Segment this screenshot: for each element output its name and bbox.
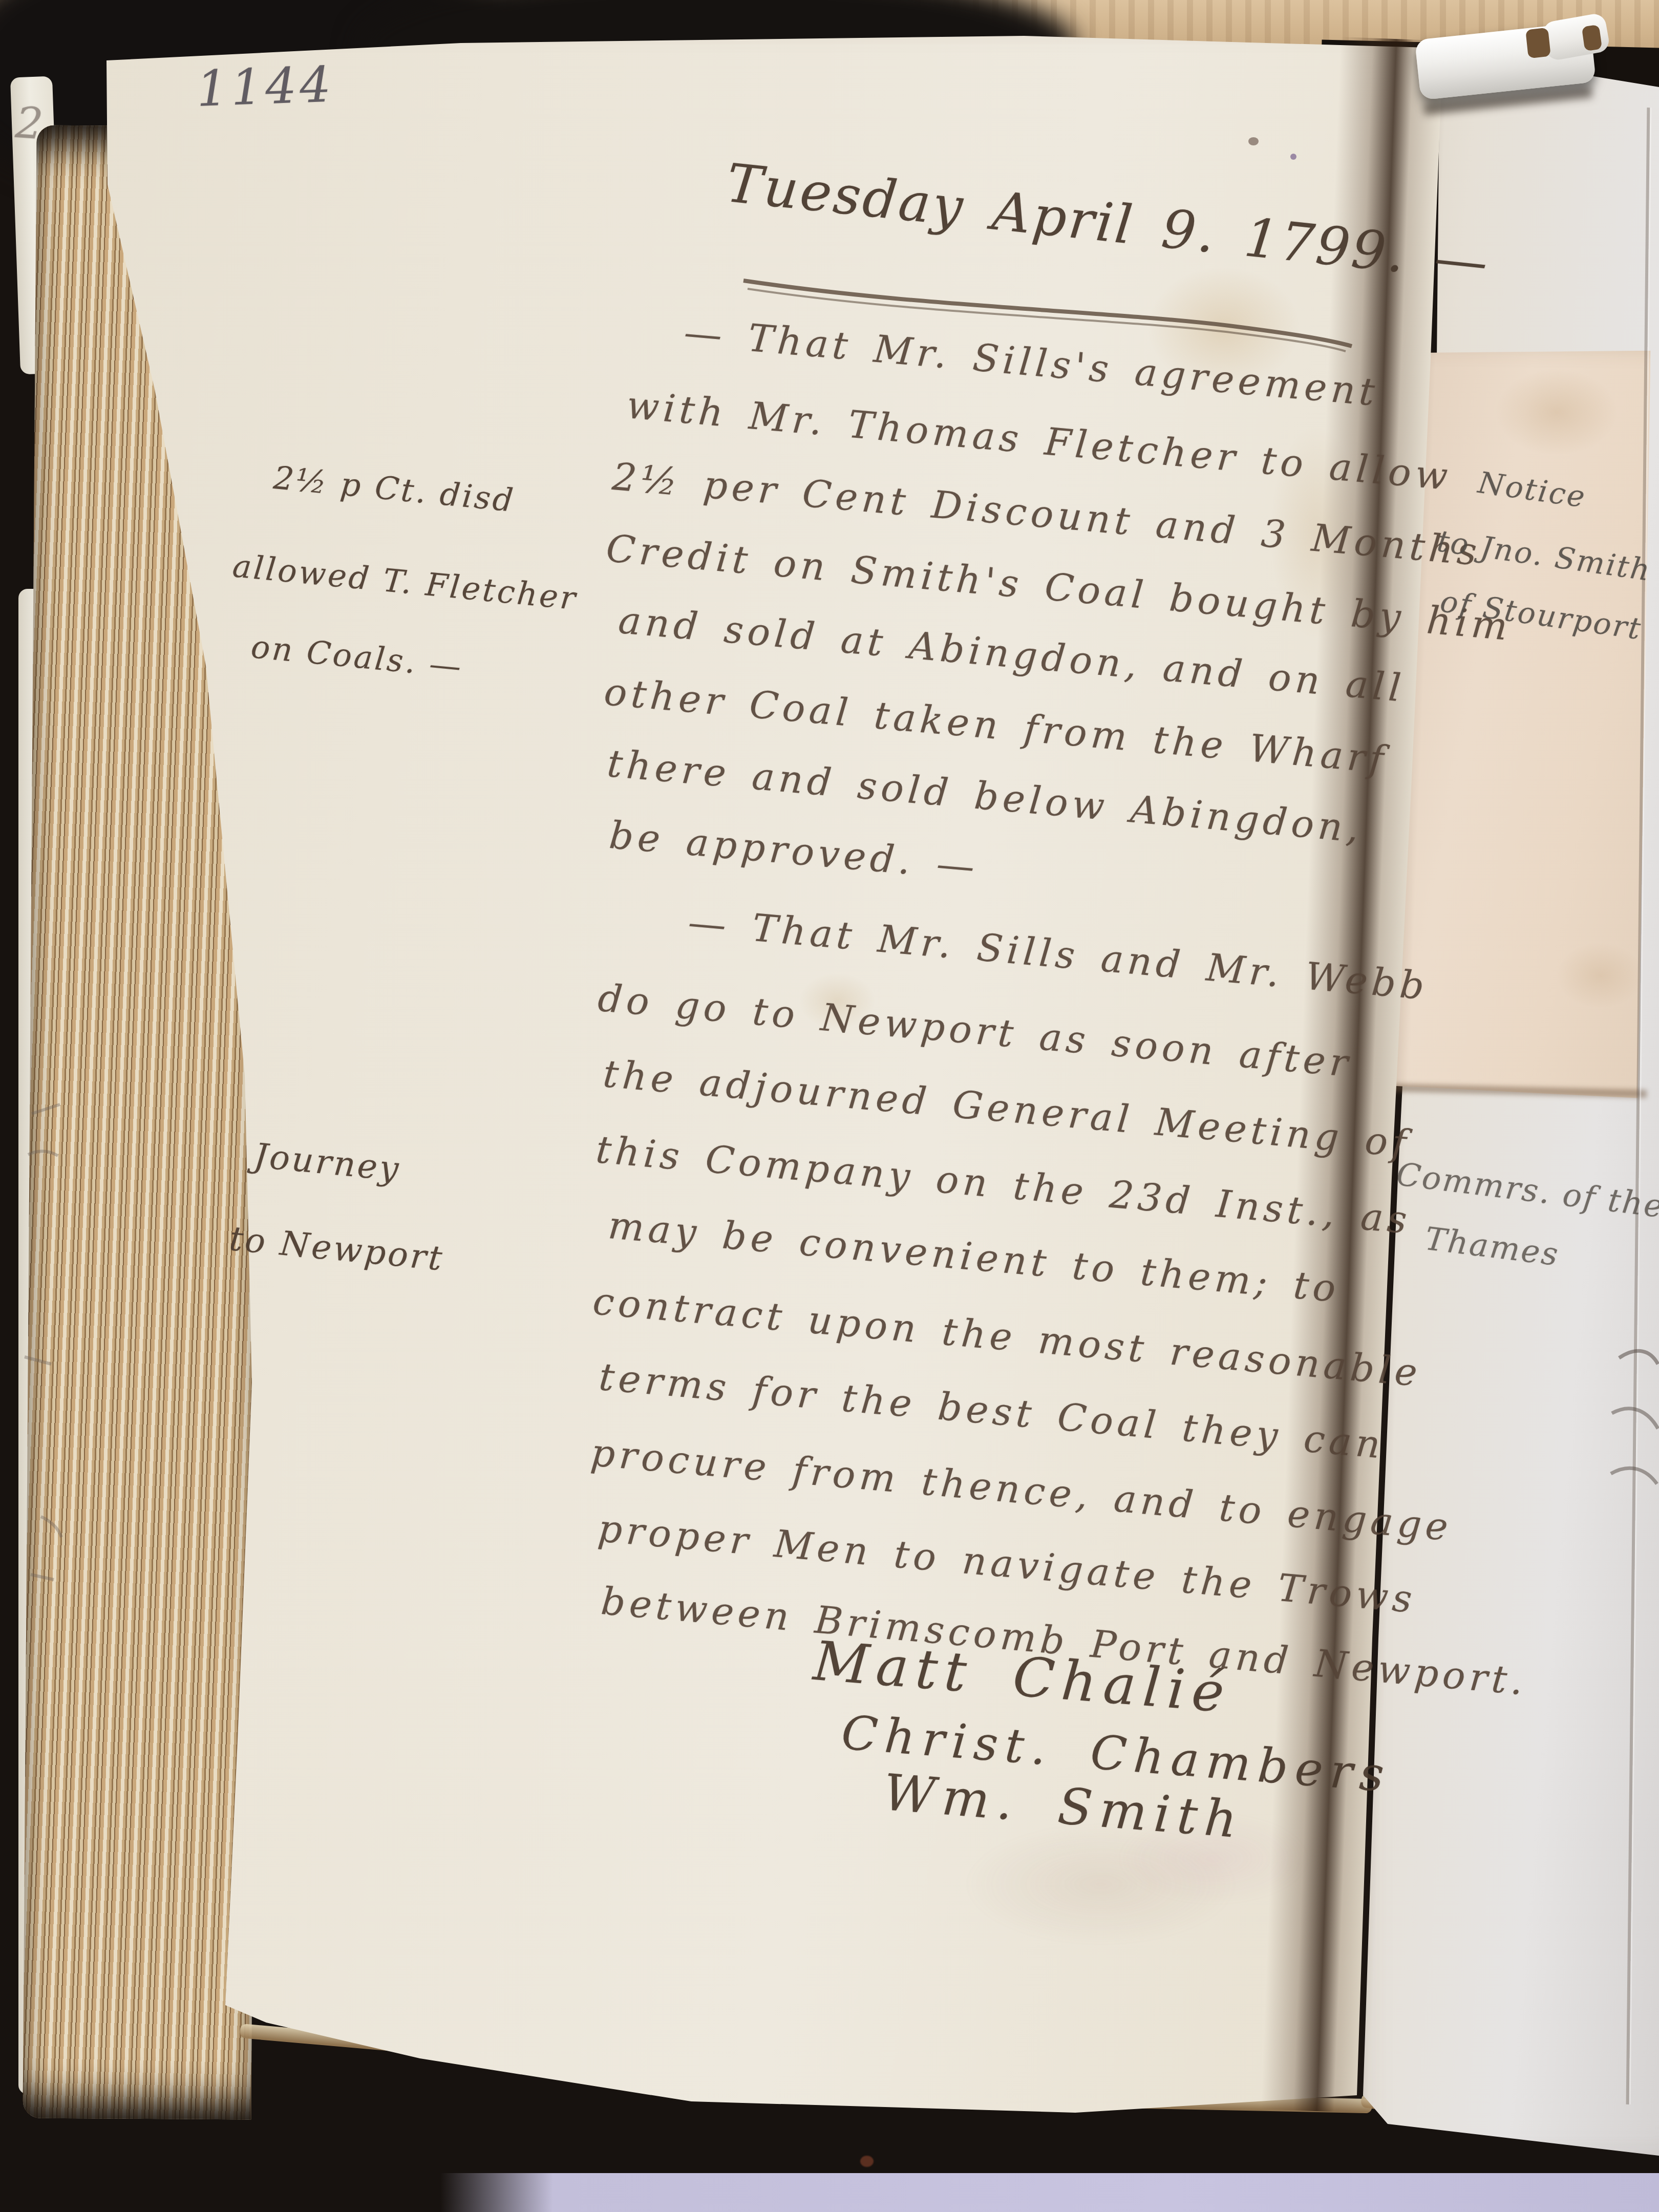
stain-notice-slip-2 [1557, 942, 1644, 1009]
photograph-of-open-minute-book: 2 1144 Tuesday April 9. 1799. — 2½ p Ct [0, 0, 1659, 2212]
stain-notice-slip [1495, 369, 1618, 456]
clip-gap-notch-2 [1582, 25, 1602, 51]
brown-fleck-bottom [860, 2156, 874, 2167]
lavender-table-cloth [440, 2173, 1659, 2212]
folio-number: 1144 [196, 56, 335, 118]
ink-speck [1248, 137, 1259, 145]
clip-gap-notch [1525, 28, 1551, 58]
purple-speck [1290, 154, 1296, 160]
